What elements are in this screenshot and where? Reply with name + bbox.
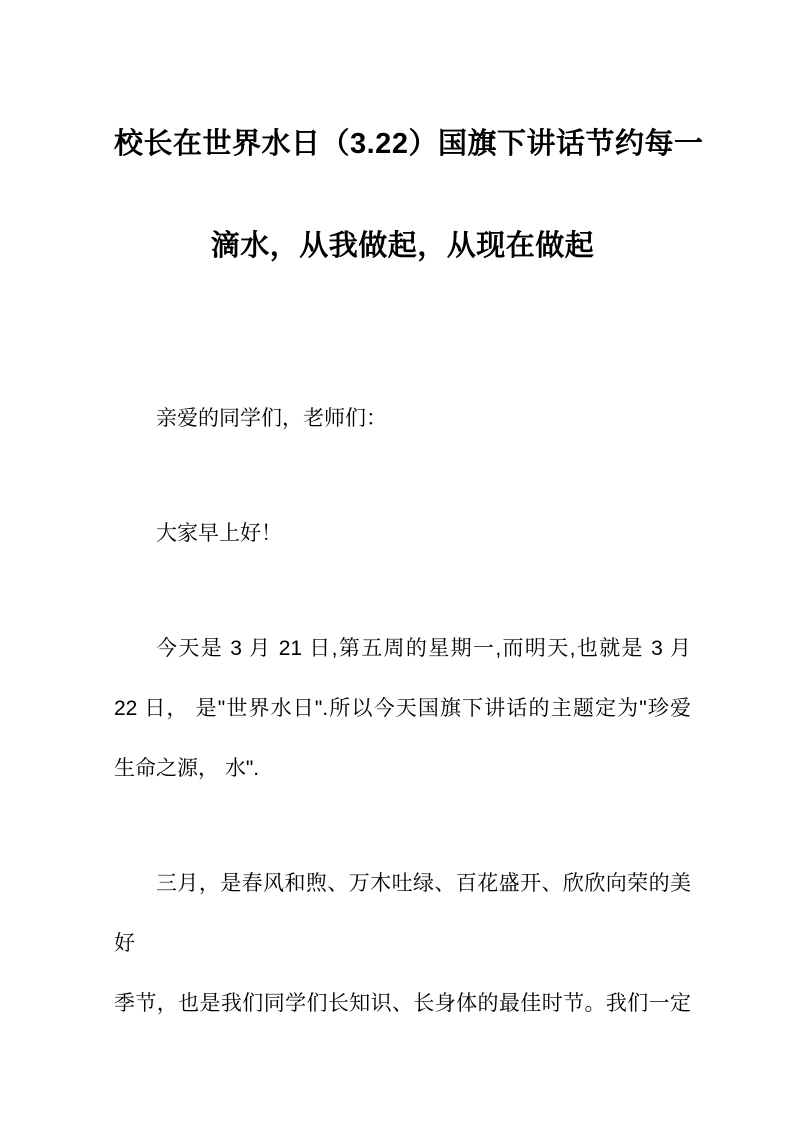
paragraph: 今天是 3 月 21 日,第五周的星期一,而明天,也就是 3 月22 日， 是"… bbox=[114, 619, 691, 799]
text-line: 22 日， 是"世界水日".所以今天国旗下讲话的主题定为"珍爱 bbox=[114, 679, 691, 739]
text-line: 今天是 3 月 21 日,第五周的星期一,而明天,也就是 3 月 bbox=[114, 619, 691, 679]
document-title-line: 校长在世界水日（3.22）国旗下讲话节约每一 bbox=[114, 93, 691, 195]
document-content: 校长在世界水日（3.22）国旗下讲话节约每一滴水，从我做起，从现在做起 亲爱的同… bbox=[0, 0, 793, 1034]
text-line: 季节，也是我们同学们长知识、长身体的最佳时节。我们一定 bbox=[114, 974, 691, 1034]
paragraph: 大家早上好！ bbox=[114, 504, 691, 564]
document-page: 校长在世界水日（3.22）国旗下讲话节约每一滴水，从我做起，从现在做起 亲爱的同… bbox=[0, 0, 793, 1122]
text-line: 三月，是春风和煦、万木吐绿、百花盛开、欣欣向荣的美好 bbox=[114, 854, 691, 974]
text-line: 亲爱的同学们，老师们： bbox=[114, 389, 691, 449]
document-body: 亲爱的同学们，老师们：大家早上好！今天是 3 月 21 日,第五周的星期一,而明… bbox=[114, 389, 691, 1034]
document-title-line: 滴水，从我做起，从现在做起 bbox=[114, 195, 691, 297]
text-line: 生命之源， 水". bbox=[114, 739, 691, 799]
paragraph: 三月，是春风和煦、万木吐绿、百花盛开、欣欣向荣的美好季节，也是我们同学们长知识、… bbox=[114, 854, 691, 1034]
text-line: 大家早上好！ bbox=[114, 504, 691, 564]
document-title: 校长在世界水日（3.22）国旗下讲话节约每一滴水，从我做起，从现在做起 bbox=[114, 93, 691, 297]
paragraph: 亲爱的同学们，老师们： bbox=[114, 389, 691, 449]
